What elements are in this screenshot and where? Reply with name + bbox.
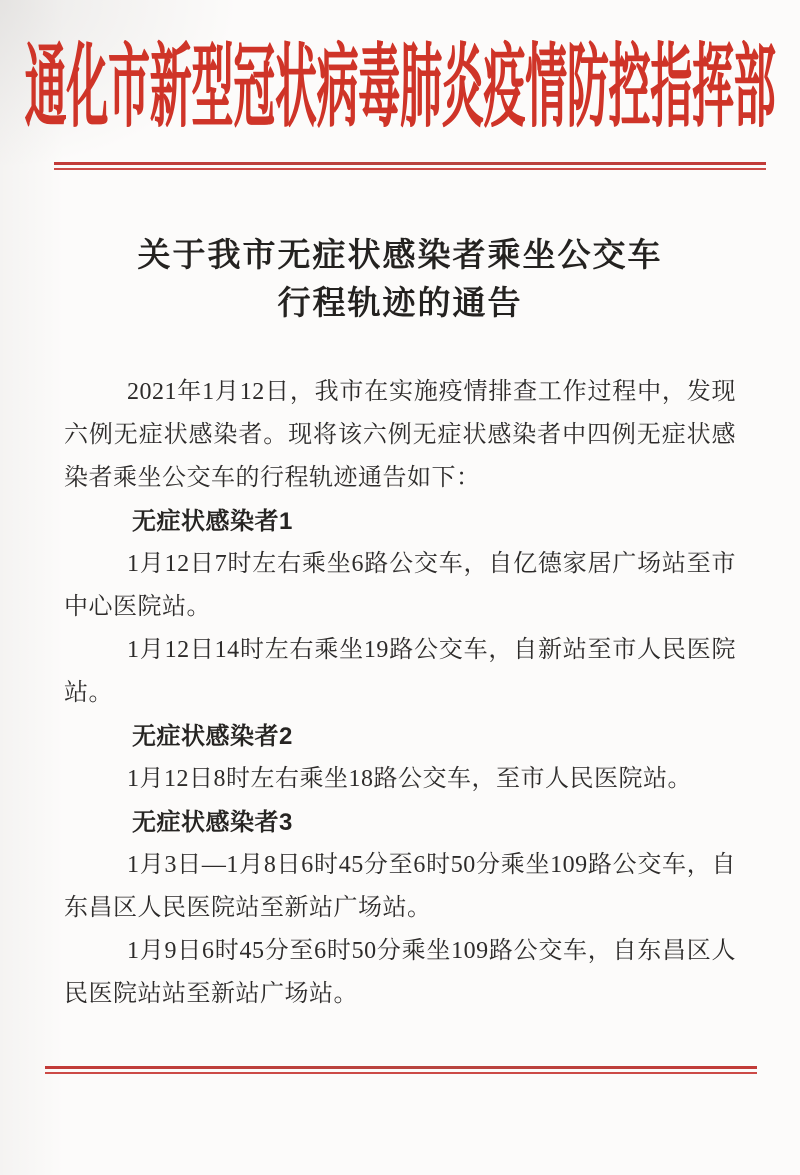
case-heading-3: 无症状感染者3 bbox=[64, 801, 736, 844]
letterhead-text: 通化市新型冠状病毒肺炎疫情防控指挥部 bbox=[25, 43, 776, 134]
case-paragraph: 1月12日14时左右乘坐19路公交车，自新站至市人民医院站。 bbox=[64, 629, 736, 715]
document-title-line1: 关于我市无症状感染者乘坐公交车 bbox=[0, 232, 800, 280]
case-paragraph: 1月12日8时左右乘坐18路公交车，至市人民医院站。 bbox=[64, 758, 736, 801]
case-paragraph: 1月3日—1月8日6时45分至6时50分乘坐109路公交车，自东昌区人民医院站至… bbox=[64, 844, 736, 930]
document-title-line2: 行程轨迹的通告 bbox=[0, 280, 800, 328]
red-double-rule-top bbox=[54, 162, 766, 170]
document-title: 关于我市无症状感染者乘坐公交车 行程轨迹的通告 bbox=[0, 232, 800, 328]
case-heading-1: 无症状感染者1 bbox=[64, 500, 736, 543]
case-heading-2: 无症状感染者2 bbox=[64, 715, 736, 758]
intro-paragraph: 2021年1月12日，我市在实施疫情排查工作过程中，发现六例无症状感染者。现将该… bbox=[64, 371, 736, 500]
letterhead: 通化市新型冠状病毒肺炎疫情防控指挥部 bbox=[0, 0, 800, 142]
red-double-rule-bottom bbox=[45, 1066, 757, 1074]
rule-line bbox=[45, 1072, 757, 1074]
case-paragraph: 1月9日6时45分至6时50分乘坐109路公交车，自东昌区人民医院站站至新站广场… bbox=[64, 930, 736, 1016]
document-body: 2021年1月12日，我市在实施疫情排查工作过程中，发现六例无症状感染者。现将该… bbox=[64, 371, 736, 1016]
rule-line bbox=[54, 168, 766, 170]
scanned-notice-page: 通化市新型冠状病毒肺炎疫情防控指挥部 关于我市无症状感染者乘坐公交车 行程轨迹的… bbox=[0, 0, 800, 1175]
case-paragraph: 1月12日7时左右乘坐6路公交车，自亿德家居广场站至市中心医院站。 bbox=[64, 543, 736, 629]
